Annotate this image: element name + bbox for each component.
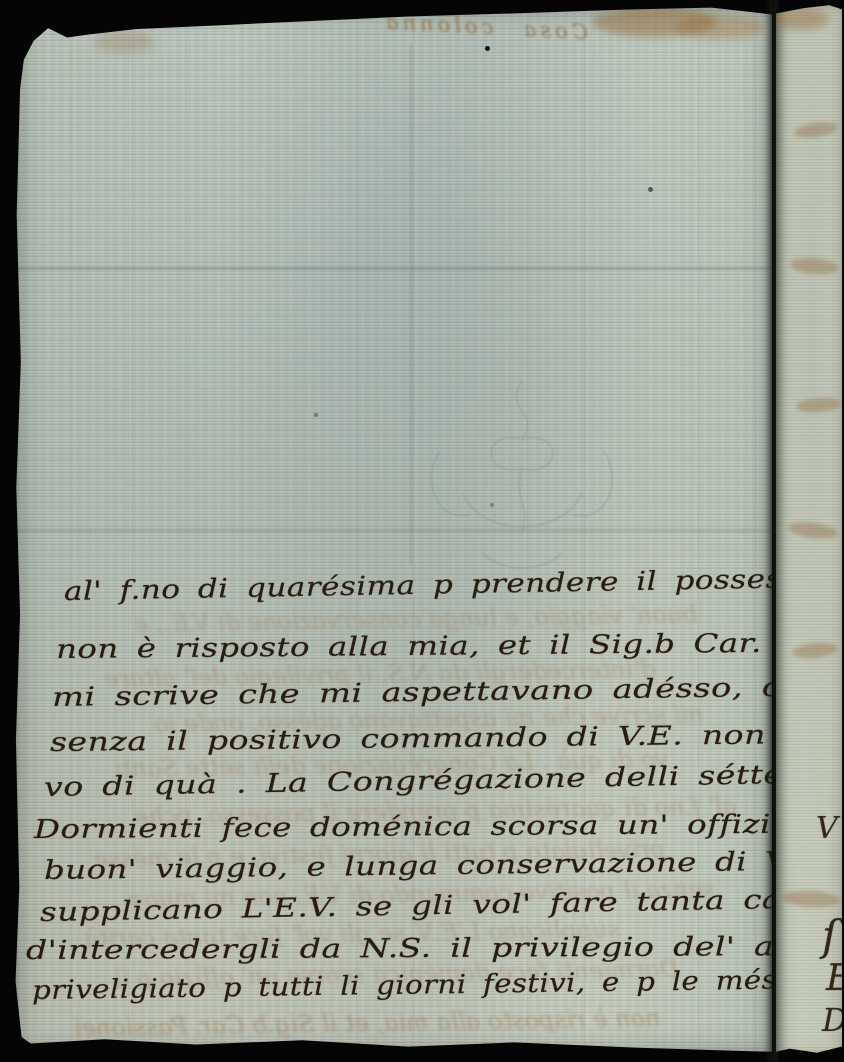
bleedthrough-mark [793,120,839,140]
ink-speck [485,46,490,51]
bleedthrough-mark [796,396,843,413]
ink-stain [676,15,766,39]
ink-speck [490,503,494,507]
bleedthrough-mark [787,520,838,541]
bleedthrough-mark [782,889,841,908]
horizontal-crease [14,267,772,270]
adjacent-page-letter-fragment: ſ [822,911,838,960]
ink-stain [94,31,154,53]
adjacent-page-letter-fragment: V [816,811,838,846]
bleedthrough-top-text: Cosa colonna [382,10,589,45]
bleedthrough-line: non è risposto alla mia, et il Sig.b Car… [74,1004,661,1042]
ink-speck [648,187,653,192]
vertical-crease [410,45,412,565]
bleedthrough-mark [789,256,838,276]
bleedthrough-mark [791,641,838,661]
adjacent-page-edge: V ſ E D [776,3,844,1057]
handwriting-line: Dormienti fece doménica scorsa un' offiz… [34,809,844,845]
paper-watermark [402,373,642,583]
adjacent-page-letter-fragment: E [826,958,844,999]
adjacent-page-letter-fragment: D [822,1001,844,1039]
manuscript-scan: Cosa colonna buon' viaggio, e lunga cons… [0,0,844,1062]
ink-speck [314,413,318,417]
manuscript-page: Cosa colonna buon' viaggio, e lunga cons… [14,5,772,1055]
handwriting-line: d'intercedergli da N.S. il privilegio de… [26,932,844,966]
horizontal-crease [14,529,772,532]
